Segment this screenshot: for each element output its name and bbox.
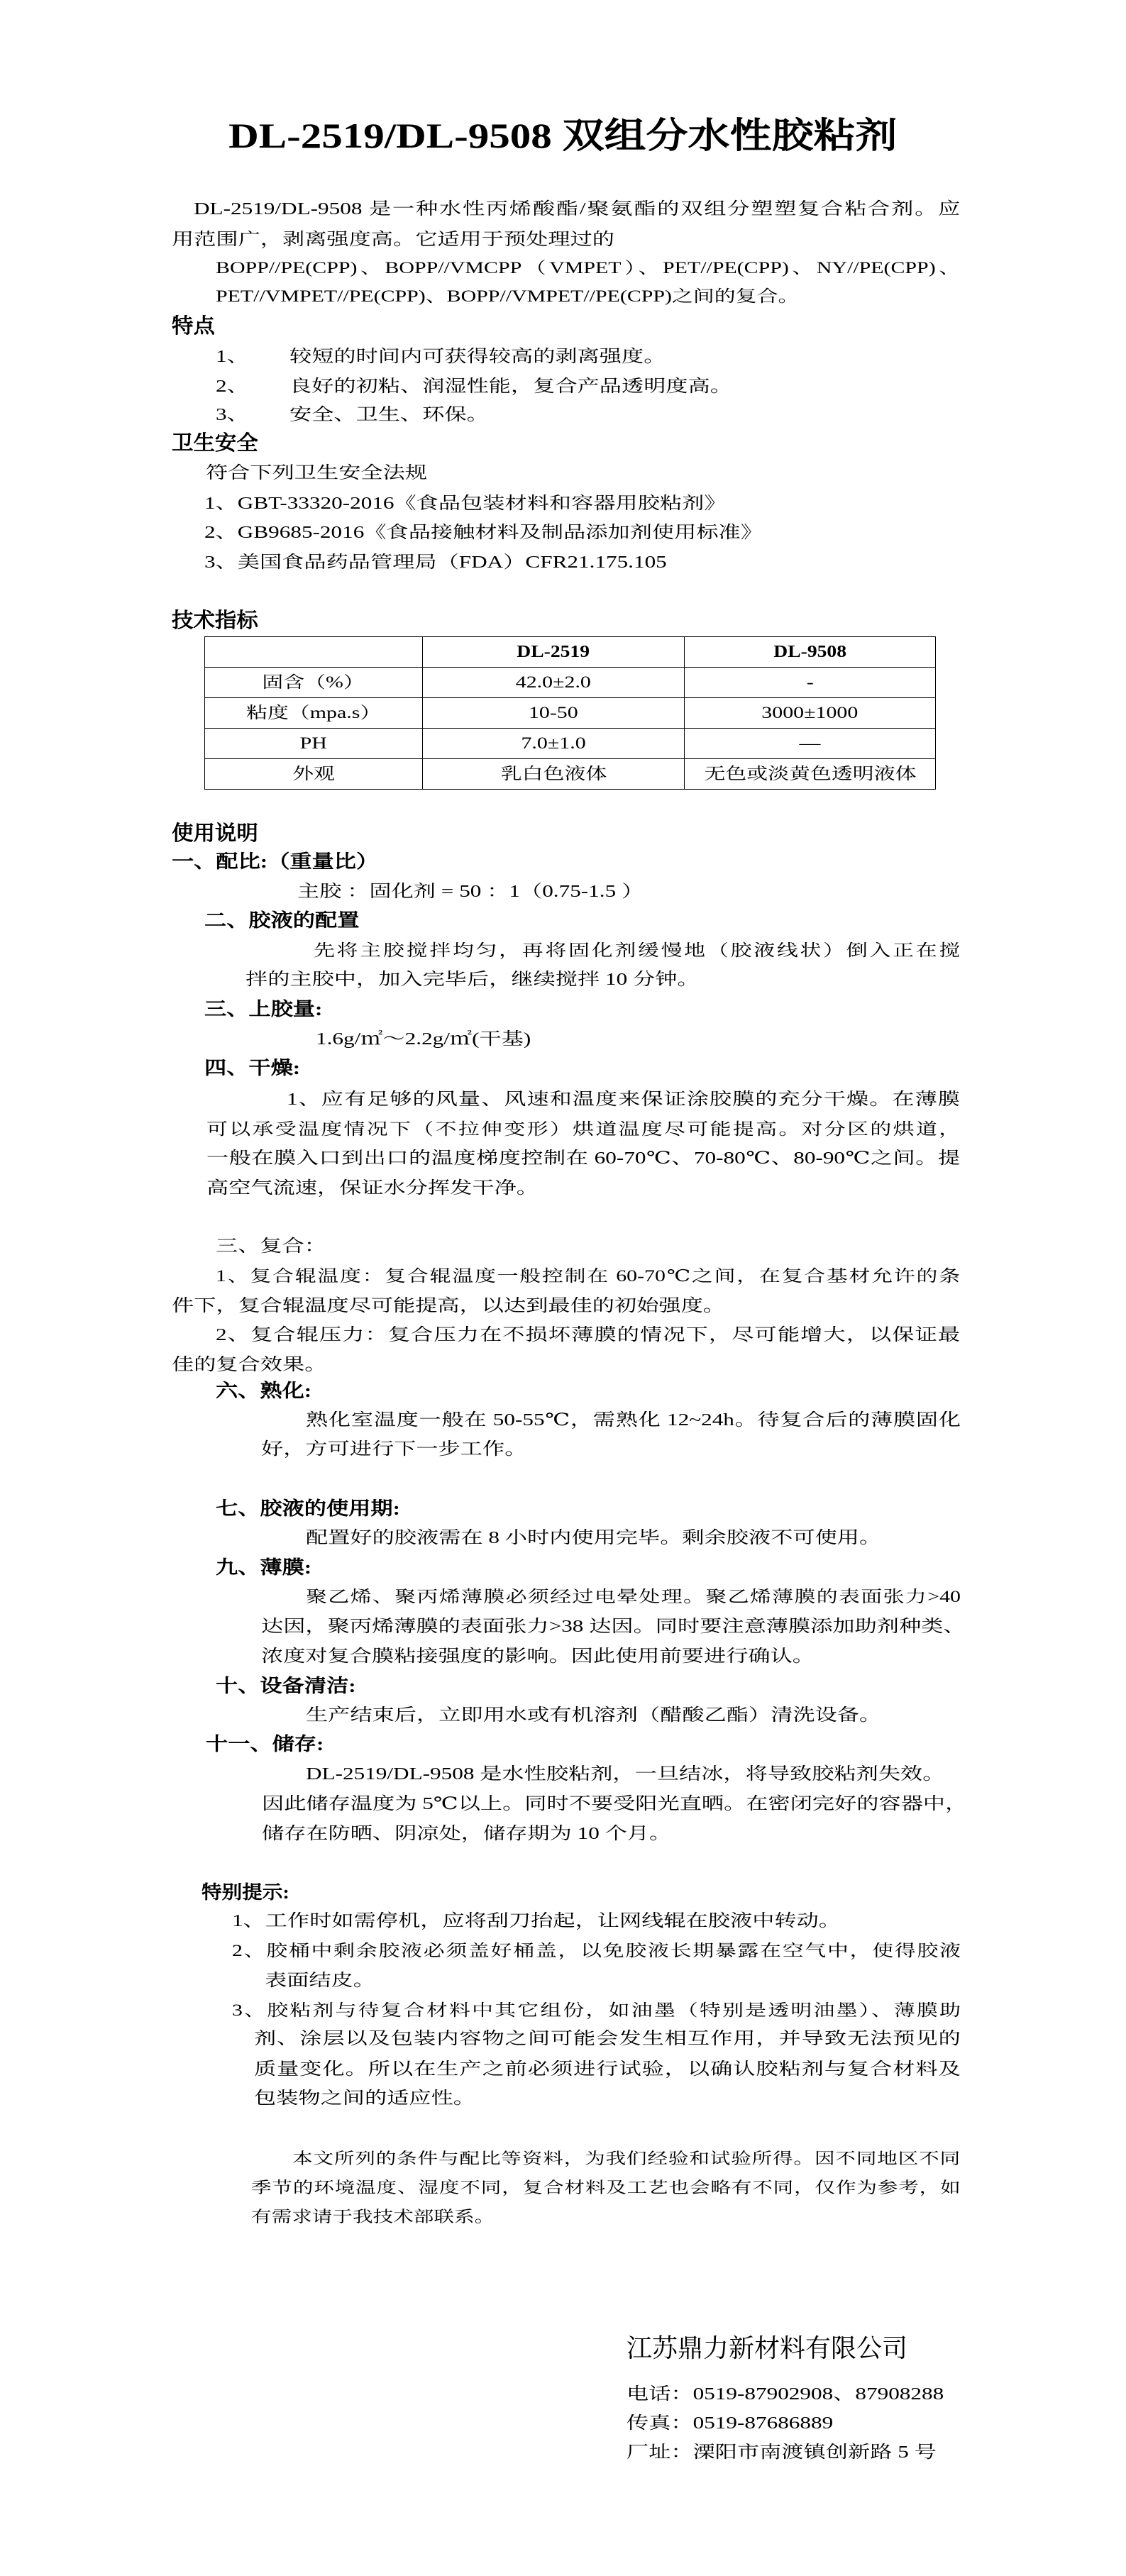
- table-header-cell: DL-2519: [423, 637, 685, 668]
- cell-text: 3000±1000: [761, 699, 858, 727]
- company-fax: 传真：0519-87686889: [627, 2413, 833, 2434]
- intro-line: BOPP//PE(CPP)、BOPP//VMCPP（VMPET）、PET//PE…: [216, 258, 960, 279]
- section-heading-coating-weight: 三、上胶量:: [204, 999, 322, 1020]
- note-line: 剂、涂层以及包装内容物之间可能会发生相互作用，并导致无法预见的: [254, 2028, 961, 2050]
- section-text-line: 拌的主胶中，加入完毕后，继续搅拌 10 分钟。: [245, 969, 700, 990]
- special-notes-heading: 特别提示:: [202, 1882, 289, 1903]
- section-text-line: 佳的复合效果。: [172, 1354, 326, 1376]
- table-row: 外观 乳白色液体 无色或淡黄色透明液体: [205, 759, 936, 790]
- section-heading-drying: 四、干燥:: [204, 1058, 300, 1079]
- table-cell: 外观: [205, 759, 423, 790]
- regulation-item: 2、GB9685-2016《食品接触材料及制品添加剂使用标准》: [204, 522, 763, 543]
- regulation-item: 3、美国食品药品管理局（FDA）CFR21.175.105: [204, 552, 667, 573]
- section-heading-ratio: 一、配比:（重量比）: [172, 851, 378, 873]
- section-heading-film: 九、薄膜:: [216, 1557, 311, 1579]
- intro-line: DL-2519/DL-9508 是一种水性丙烯酸酯/聚氨酯的双组分塑塑复合粘合剂…: [194, 199, 960, 220]
- section-heading-pot-life: 七、胶液的使用期:: [216, 1498, 400, 1520]
- table-cell: 乳白色液体: [423, 759, 685, 790]
- section-text-line: 1.6g/㎡～2.2g/㎡(干基): [316, 1029, 531, 1050]
- header-label: DL-9508: [773, 638, 846, 666]
- table-cell: PH: [205, 729, 423, 759]
- section-heading-cleaning: 十、设备清洁:: [216, 1676, 356, 1697]
- document-title-text: DL-2519/DL-9508 双组分水性胶粘剂: [228, 114, 897, 157]
- note-line: 2、胶桶中剩余胶液必须盖好桶盖，以免胶液长期暴露在空气中，使得胶液: [232, 1940, 961, 1962]
- specs-heading: 技术指标: [172, 609, 258, 633]
- table-cell: 固含（%）: [205, 668, 423, 698]
- section-text-line: 高空气流速，保证水分挥发干净。: [206, 1178, 539, 1199]
- disclaimer-line: 季节的环境温度、湿度不同，复合材料及工艺也会略有不同，仅作为参考，如: [251, 2177, 961, 2199]
- specs-table: DL-2519 DL-9508 固含（%） 42.0±2.0 - 粘度（mpa.…: [204, 636, 936, 790]
- section-heading-lamination: 三、复合：: [216, 1236, 326, 1257]
- section-heading-preparation: 二、胶液的配置: [204, 910, 359, 932]
- feature-number: 2、: [216, 376, 249, 397]
- section-text-line: 配置好的胶液需在 8 小时内使用完毕。剩余胶液不可使用。: [306, 1527, 881, 1549]
- note-line: 3、胶粘剂与待复合材料中其它组份，如油墨（特别是透明油墨）、薄膜助: [232, 2000, 961, 2021]
- section-text-line: 先将主胶搅拌均匀，再将固化剂缓慢地（胶液线状）倒入正在搅: [314, 940, 960, 961]
- table-header-cell: DL-9508: [685, 637, 936, 668]
- feature-text: 较短的时间内可获得较高的剥离强度。: [289, 346, 666, 367]
- cell-text: 乳白色液体: [500, 760, 607, 788]
- usage-heading: 使用说明: [172, 822, 258, 846]
- table-cell: 10-50: [423, 698, 685, 729]
- section-text-line: 可以承受温度情况下（不拉伸变形）烘道温度尽可能提高。对分区的烘道，: [206, 1119, 960, 1140]
- cell-text: 固含（%）: [263, 668, 365, 697]
- cell-text: PH: [300, 729, 327, 758]
- cell-text: 7.0±1.0: [521, 729, 585, 758]
- cell-text: —: [800, 729, 821, 758]
- section-text-line: 因此储存温度为 5℃以上。同时不要受阳光直晒。在密闭完好的容器中，: [262, 1793, 960, 1815]
- table-header-row: DL-2519 DL-9508: [205, 637, 936, 668]
- table-cell: 7.0±1.0: [423, 729, 685, 759]
- table-cell: 粘度（mpa.s）: [205, 698, 423, 729]
- company-name: 江苏鼎力新材料有限公司: [627, 2334, 907, 2362]
- table-cell: 42.0±2.0: [423, 668, 685, 698]
- company-phone: 电话：0519-87902908、87908288: [627, 2384, 944, 2405]
- table-row: 粘度（mpa.s） 10-50 3000±1000: [205, 698, 936, 729]
- cell-text: 外观: [292, 760, 335, 788]
- features-heading: 特点: [172, 314, 215, 338]
- section-heading-storage: 十一、储存:: [206, 1734, 324, 1755]
- section-text-line: 2、复合辊压力：复合压力在不损坏薄膜的情况下，尽可能增大，以保证最: [216, 1325, 960, 1346]
- feature-number: 3、: [216, 404, 249, 426]
- section-text-line: 聚乙烯、聚丙烯薄膜必须经过电晕处理。聚乙烯薄膜的表面张力>40: [306, 1586, 961, 1608]
- table-cell: -: [685, 668, 936, 698]
- cell-text: 无色或淡黄色透明液体: [704, 760, 916, 788]
- table-cell: 3000±1000: [685, 698, 936, 729]
- table-header-cell: [205, 637, 423, 668]
- section-text-line: 熟化室温度一般在 50-55℃，需熟化 12~24h。待复合后的薄膜固化: [306, 1410, 961, 1431]
- hygiene-heading: 卫生安全: [172, 431, 258, 455]
- section-text-line: 好，方可进行下一步工作。: [261, 1439, 526, 1460]
- section-text-line: 一般在膜入口到出口的温度梯度控制在 60-70℃、70-80℃、80-90℃之间…: [206, 1148, 960, 1169]
- section-heading-curing: 六、熟化:: [216, 1381, 311, 1402]
- ratio-line: 主胶 ：固化剂 = 50 ：1（0.75-1.5 ）: [297, 881, 644, 902]
- table-cell: 无色或淡黄色透明液体: [685, 759, 936, 790]
- note-line: 质量变化。所以在生产之前必须进行试验，以确认胶粘剂与复合材料及: [254, 2059, 961, 2080]
- note-line: 包装物之间的适应性。: [254, 2088, 475, 2109]
- disclaimer-line: 有需求请于我技术部联系。: [251, 2206, 495, 2228]
- section-text-line: DL-2519/DL-9508 是水性胶粘剂，一旦结冰，将导致胶粘剂失效。: [306, 1764, 944, 1785]
- section-text-line: 件下，复合辊温度尽可能提高，以达到最佳的初始强度。: [172, 1295, 725, 1317]
- table-row: PH 7.0±1.0 —: [205, 729, 936, 759]
- feature-text: 安全、卫生、环保。: [289, 404, 489, 426]
- section-text-line: 生产结束后，立即用水或有机溶剂（醋酸乙酯）清洗设备。: [306, 1705, 881, 1726]
- note-line: 1、工作时如需停机，应将刮刀抬起，让网线辊在胶液中转动。: [232, 1911, 841, 1932]
- table-cell: —: [685, 729, 936, 759]
- document-title: DL-2519/DL-9508 双组分水性胶粘剂: [0, 114, 1126, 166]
- intro-line: 用范围广，剥离强度高。它适用于预处理过的: [172, 229, 614, 250]
- cell-text: 粘度（mpa.s）: [246, 699, 381, 727]
- section-text-line: 达因，聚丙烯薄膜的表面张力>38 达因。同时要注意薄膜添加助剂种类、: [261, 1616, 960, 1637]
- cell-text: 10-50: [529, 699, 578, 727]
- regulation-item: 1、GBT-33320-2016《食品包装材料和容器用胶粘剂》: [204, 493, 727, 514]
- section-text-line: 1、应有足够的风量、风速和温度来保证涂胶膜的充分干燥。在薄膜: [287, 1089, 960, 1110]
- cell-text: -: [807, 668, 814, 697]
- note-line: 表面结皮。: [265, 1970, 375, 1991]
- disclaimer-line: 本文所列的条件与配比等资料，为我们经验和试验所得。因不同地区不同: [292, 2148, 960, 2169]
- section-text-line: 浓度对复合膜粘接强度的影响。因此使用前要进行确认。: [261, 1646, 815, 1667]
- feature-number: 1、: [216, 346, 249, 367]
- feature-text: 良好的初粘、润湿性能，复合产品透明度高。: [289, 376, 732, 397]
- cell-text: 42.0±2.0: [516, 668, 591, 697]
- document-page: DL-2519/DL-9508 双组分水性胶粘剂 DL-2519/DL-9508…: [0, 0, 1126, 2576]
- header-label: DL-2519: [517, 638, 590, 666]
- intro-line: PET//VMPET//PE(CPP)、BOPP//VMPET//PE(CPP)…: [216, 286, 799, 307]
- hygiene-intro: 符合下列卫生安全法规: [206, 463, 427, 484]
- table-row: 固含（%） 42.0±2.0 -: [205, 668, 936, 698]
- section-text-line: 储存在防晒、阴凉处，储存期为 10 个月。: [262, 1823, 671, 1845]
- section-text-line: 1、复合辊温度：复合辊温度一般控制在 60-70℃之间，在复合基材允许的条: [216, 1266, 960, 1287]
- company-address: 厂址：溧阳市南渡镇创新路 5 号: [627, 2442, 937, 2463]
